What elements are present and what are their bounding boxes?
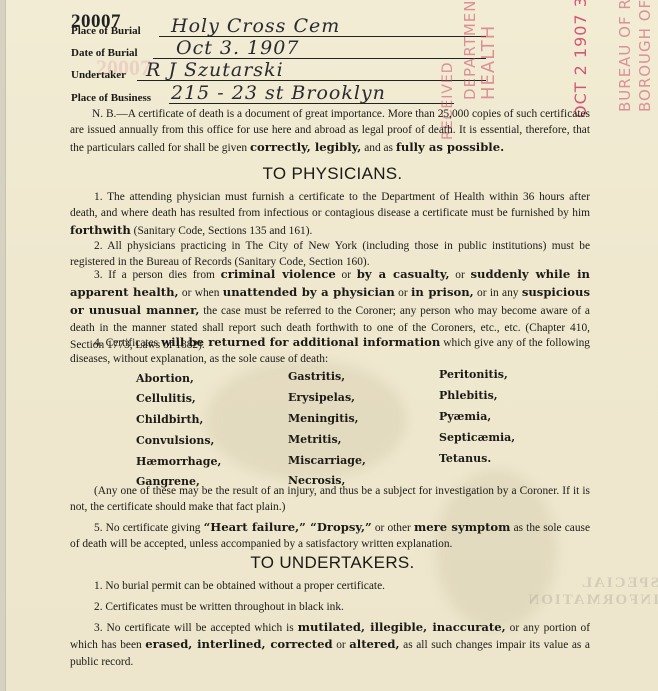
disease-item: Abortion,	[136, 372, 194, 385]
undertaker-field: Undertaker R J Szutarski	[71, 62, 441, 82]
undertaker-value: R J Szutarski	[146, 59, 284, 81]
notice-paragraph: N. B.—A certificate of death is a docume…	[70, 106, 590, 156]
place-of-burial-field: Place of Burial Holy Cross Cem	[71, 18, 431, 38]
disease-item: Hæmorrhage,	[136, 455, 221, 468]
bureau-records-stamp: BUREAU OF RECORDS	[616, 0, 634, 112]
notice-emphasis: correctly, legibly,	[250, 140, 361, 154]
health-stamp: HEALTH	[478, 25, 499, 100]
disease-item: Miscarriage,	[288, 454, 366, 467]
disease-item: Peritonitis,	[439, 368, 508, 381]
disease-item: Childbirth,	[136, 413, 203, 426]
physicians-item-1: 1. The attending physician must furnish …	[70, 189, 590, 239]
disease-item: Erysipelas,	[288, 391, 355, 404]
date-of-burial-label: Date of Burial	[71, 47, 138, 59]
physicians-heading: TO PHYSICIANS.	[6, 164, 658, 184]
disease-item: Septicæmia,	[439, 431, 515, 444]
disease-item: Cellulitis,	[136, 392, 196, 405]
place-of-burial-label: Place of Burial	[71, 25, 141, 37]
department-stamp: DEPARTMENT	[461, 0, 479, 100]
place-of-business-label: Place of Business	[71, 92, 151, 104]
notice-emphasis-2: fully as possible.	[396, 140, 504, 154]
disease-item: Phlebitis,	[439, 389, 498, 402]
document-page: SPECIAL INFORMATION 20007 20007 Place of…	[5, 0, 658, 691]
date-received-stamp: OCT 2 1907 3	[571, 0, 590, 118]
disease-item: Pyæmia,	[439, 410, 491, 423]
undertakers-heading: TO UNDERTAKERS.	[6, 553, 658, 573]
place-of-burial-value: Holy Cross Cem	[171, 15, 340, 37]
physicians-item-5: 5. No certificate giving “Heart failure,…	[70, 519, 590, 553]
disease-item: Tetanus.	[439, 452, 491, 465]
physicians-item-4: 4. Certificates will be returned for add…	[70, 334, 590, 368]
date-of-burial-value: Oct 3. 1907	[176, 37, 299, 59]
disease-item: Meningitis,	[288, 412, 359, 425]
undertakers-item-2: 2. Certificates must be written througho…	[70, 599, 590, 615]
date-of-burial-field: Date of Burial Oct 3. 1907	[71, 40, 441, 60]
undertakers-item-1: 1. No burial permit can be obtained with…	[70, 578, 590, 594]
disease-item: Gastritis,	[288, 370, 345, 383]
borough-stamp: BOROUGH OF BROOKLYN	[636, 0, 654, 112]
disease-item: Convulsions,	[136, 434, 214, 447]
undertakers-item-3: 3. No certificate will be accepted which…	[70, 619, 590, 670]
coroner-note: (Any one of these may be the result of a…	[70, 483, 590, 516]
place-of-business-field: Place of Business 215 - 23 st Brooklyn	[71, 85, 461, 105]
place-of-business-value: 215 - 23 st Brooklyn	[171, 82, 386, 104]
undertaker-label: Undertaker	[71, 69, 126, 81]
disease-item: Metritis,	[288, 433, 342, 446]
